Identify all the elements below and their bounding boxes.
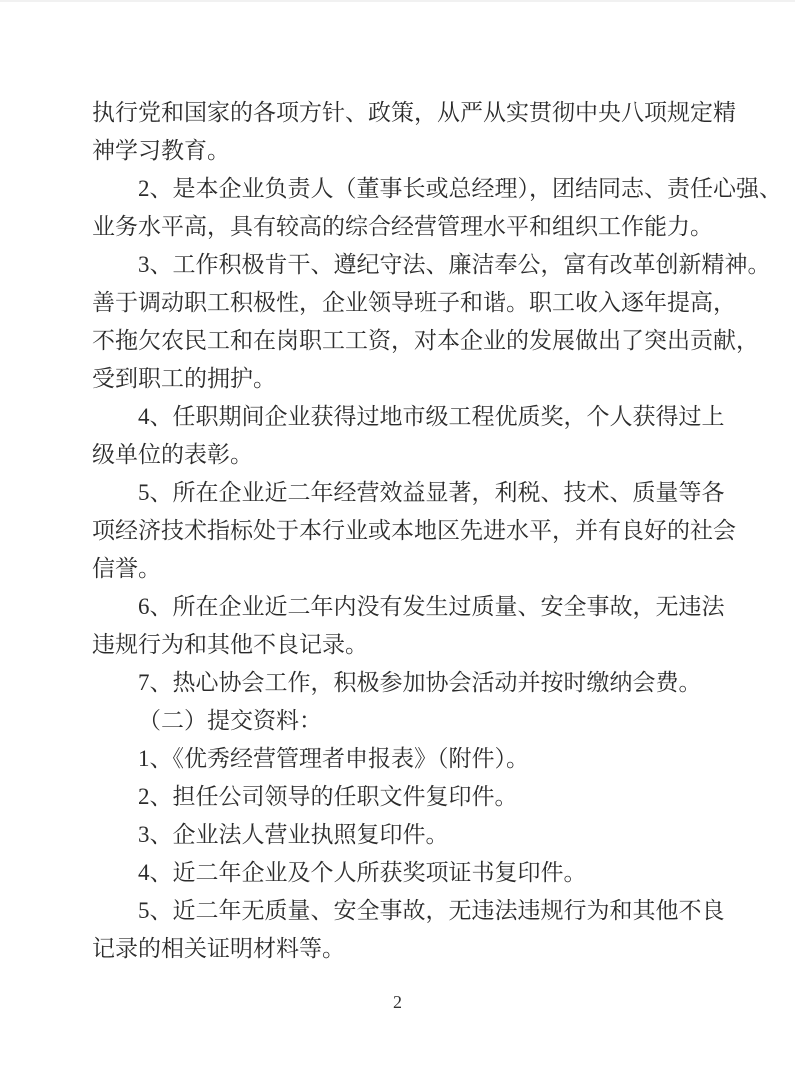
- doc-line-2: 2、是本企业负责人（董事长或总经理），团结同志、责任心强、: [92, 170, 712, 208]
- doc-line-19: 3、企业法人营业执照复印件。: [92, 816, 712, 854]
- doc-line-10: 5、所在企业近二年经营效益显著，利税、技术、质量等各: [92, 474, 712, 512]
- doc-line-16: （二）提交资料：: [92, 702, 712, 740]
- page-number: 2: [0, 990, 795, 1014]
- doc-line-7: 受到职工的拥护。: [92, 360, 712, 398]
- doc-line-11: 项经济技术指标处于本行业或本地区先进水平，并有良好的社会: [92, 512, 712, 550]
- doc-line-20: 4、近二年企业及个人所获奖项证书复印件。: [92, 854, 712, 892]
- doc-line-18: 2、担任公司领导的任职文件复印件。: [92, 778, 712, 816]
- document-page: 执行党和国家的各项方针、政策，从严从实贯彻中央八项规定精 神学习教育。 2、是本…: [0, 0, 795, 1069]
- doc-line-12: 信誉。: [92, 550, 712, 588]
- doc-line-22: 记录的相关证明材料等。: [92, 930, 712, 968]
- doc-line-0: 执行党和国家的各项方针、政策，从严从实贯彻中央八项规定精: [92, 94, 712, 132]
- doc-line-15: 7、热心协会工作，积极参加协会活动并按时缴纳会费。: [92, 664, 712, 702]
- document-text-block: 执行党和国家的各项方针、政策，从严从实贯彻中央八项规定精 神学习教育。 2、是本…: [92, 94, 712, 968]
- doc-line-13: 6、所在企业近二年内没有发生过质量、安全事故，无违法: [92, 588, 712, 626]
- doc-line-14: 违规行为和其他不良记录。: [92, 626, 712, 664]
- doc-line-6: 不拖欠农民工和在岗职工工资，对本企业的发展做出了突出贡献，: [92, 322, 712, 360]
- doc-line-8: 4、任职期间企业获得过地市级工程优质奖，个人获得过上: [92, 398, 712, 436]
- doc-line-4: 3、工作积极肯干、遵纪守法、廉洁奉公，富有改革创新精神。: [92, 246, 712, 284]
- doc-line-3: 业务水平高，具有较高的综合经营管理水平和组织工作能力。: [92, 208, 712, 246]
- doc-line-17: 1、《优秀经营管理者申报表》（附件）。: [92, 740, 712, 778]
- doc-line-21: 5、近二年无质量、安全事故，无违法违规行为和其他不良: [92, 892, 712, 930]
- doc-line-1: 神学习教育。: [92, 132, 712, 170]
- doc-line-9: 级单位的表彰。: [92, 436, 712, 474]
- doc-line-5: 善于调动职工积极性，企业领导班子和谐。职工收入逐年提高，: [92, 284, 712, 322]
